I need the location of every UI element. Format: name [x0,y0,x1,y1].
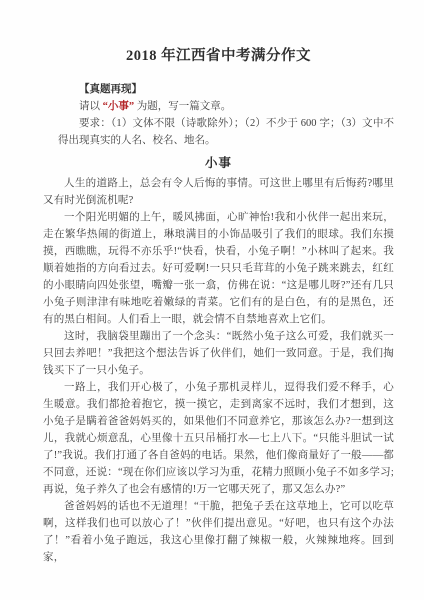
essay-paragraph: 爸爸妈妈的话也不无道理！“干脆，把兔子丢在这草地上，它可以吃草啊，这样我们也可以… [43,498,394,566]
prompt-requirements: 要求：（1）文体不限（诗歌除外）；（2）不少于 600 字；（3）文中不得出现真… [58,115,394,149]
essay-paragraph: 人生的道路上，总会有令人后悔的事情。可这世上哪里有后悔药?哪里又有时光倒流机呢? [43,175,394,209]
essay-paragraph: 一路上，我们开心极了，小兔子那机灵样儿，逗得我们爱不释手，心生暖意。我们都抢着抱… [43,379,394,498]
topic-highlight: “小事” [103,101,135,112]
topic-prefix: 请以 [79,101,103,112]
prompt-topic-line: 请以 “小事” 为题，写一篇文章。 [58,98,394,115]
essay-heading: 小事 [43,154,394,173]
page-title: 2018 年江西省中考满分作文 [43,46,394,66]
exam-prompt-section: 【真题再现】 请以 “小事” 为题，写一篇文章。 要求：（1）文体不限（诗歌除外… [58,81,394,149]
essay-paragraph: 一个阳光明媚的上午，暖风拂面，心旷神怡!我和小伙伴一起出来玩，走在繁华热闹的街道… [43,209,394,328]
topic-suffix: 为题，写一篇文章。 [134,101,231,112]
essay-body: 人生的道路上，总会有令人后悔的事情。可这世上哪里有后悔药?哪里又有时光倒流机呢?… [43,175,394,566]
prompt-section-label: 【真题再现】 [58,81,394,98]
essay-paragraph: 这时，我脑袋里蹦出了一个念头：“既然小兔子这么可爱，我们就买一只回去养吧！”我把… [43,328,394,379]
document-page: 2018 年江西省中考满分作文 【真题再现】 请以 “小事” 为题，写一篇文章。… [0,0,424,600]
